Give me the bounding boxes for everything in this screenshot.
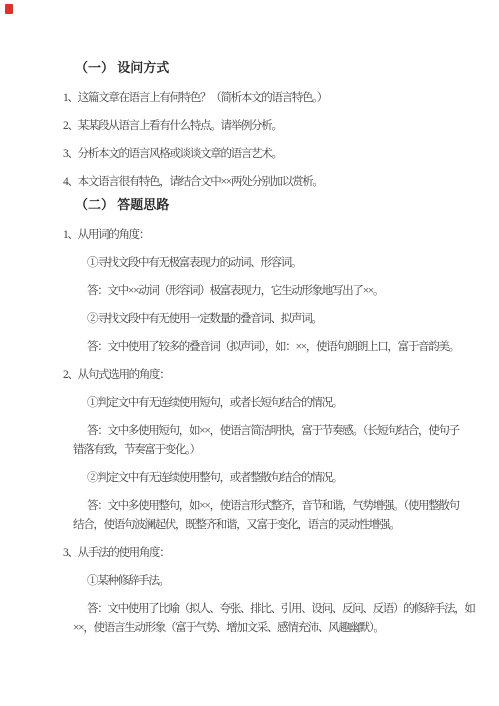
watermark-logo-icon — [5, 4, 13, 14]
text-line: 1、从用词的角度： — [63, 226, 499, 245]
section-heading: （二） 答题思路 — [75, 195, 499, 214]
text-line: 结合，使语句波澜起伏，既整齐和谐，又富于变化，语言的灵动性增强。 — [73, 516, 499, 535]
text-line: 答：文中使用了比喻（拟人、夸张、排比、引用、设问、反问、反语）的修辞手法，如 — [87, 600, 499, 619]
text-line: 1、这篇文章在语言上有何特色？（简析本文的语言特色。） — [63, 89, 499, 108]
section-heading: （一） 设问方式 — [75, 58, 499, 77]
text-line: 答：文中多使用整句，如××，使语言形式整齐，音节和谐，气势增强。（使用整散句 — [87, 497, 499, 516]
text-line: ②判定文中有无连续使用整句，或者整散句结合的情况。 — [87, 469, 499, 488]
text-line: 答：文中多使用短句，如××，使语言简洁明快，富于节奏感。（长短句结合，使句子 — [87, 422, 499, 441]
text-line: ①判定文中有无连续使用短句，或者长短句结合的情况。 — [87, 394, 499, 413]
text-line: 3、分析本文的语言风格或谈谈文章的语言艺术。 — [63, 145, 499, 164]
text-line: ①寻找文段中有无极富表现力的动词、形容词。 — [87, 254, 499, 273]
document-body: （一） 设问方式1、这篇文章在语言上有何特色？（简析本文的语言特色。）2、某某段… — [0, 0, 499, 638]
document-page: （一） 设问方式1、这篇文章在语言上有何特色？（简析本文的语言特色。）2、某某段… — [0, 0, 499, 706]
text-line: 错落有致，节奏富于变化。） — [73, 441, 499, 460]
text-line: 2、某某段从语言上看有什么特点。请举例分析。 — [63, 117, 499, 136]
text-line: 3、从手法的使用角度： — [63, 544, 499, 563]
text-line: ××，使语言生动形象（富于气势、增加文采、感情充沛、风趣幽默）。 — [73, 619, 499, 638]
text-line: ①某种修辞手法。 — [87, 572, 499, 591]
text-line: 答：文中使用了较多的叠音词（拟声词），如：××，使语句朗朗上口，富于音韵美。 — [87, 338, 499, 357]
text-line: 2、从句式选用的角度： — [63, 366, 499, 385]
text-line: ②寻找文段中有无使用一定数量的叠音词、拟声词。 — [87, 310, 499, 329]
text-line: 答：文中××动词（形容词）极富表现力，它生动形象地写出了××。 — [87, 282, 499, 301]
text-line: 4、本文语言很有特色，请结合文中××两处分别加以赏析。 — [63, 173, 499, 192]
